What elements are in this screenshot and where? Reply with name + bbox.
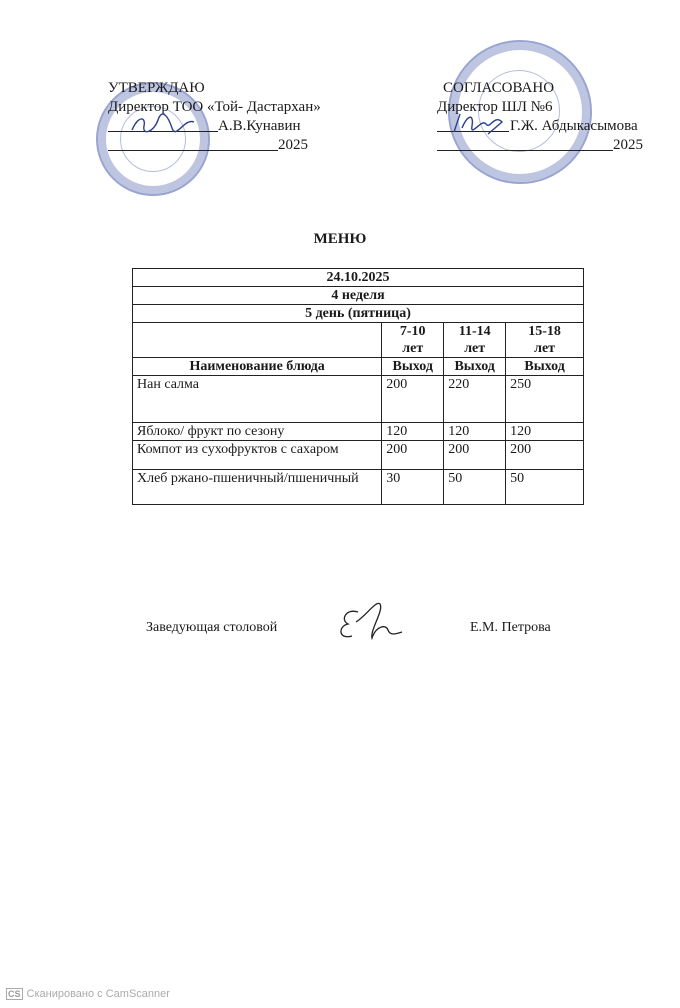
table-row: Яблоко/ фрукт по сезону 120 120 120 [133,423,584,441]
table-row: Хлеб ржано-пшеничный/пшеничный 30 50 50 [133,470,584,505]
value-cell: 200 [506,441,584,470]
page-title: МЕНЮ [0,231,680,248]
value-cell: 200 [382,441,444,470]
week-cell: 4 неделя [133,287,584,305]
signature-icon [448,110,508,136]
value-cell: 120 [444,423,506,441]
value-cell: 120 [382,423,444,441]
age-group-cell: 7-10лет [382,323,444,358]
date-cell: 24.10.2025 [133,269,584,287]
signature-icon [128,112,198,136]
value-cell: 120 [506,423,584,441]
dish-cell: Яблоко/ фрукт по сезону [133,423,382,441]
age-group-cell: 11-14лет [444,323,506,358]
age-group-cell: 15-18лет [506,323,584,358]
dish-cell: Нан салма [133,376,382,423]
approve-heading: УТВЕРЖДАЮ [108,79,205,98]
week-row: 4 неделя [133,287,584,305]
value-cell: 50 [444,470,506,505]
signature-icon [336,598,406,642]
camscanner-logo-icon: CS [6,988,23,1000]
agree-date-line [437,150,613,151]
yield-header: Выход [444,358,506,376]
dish-cell: Хлеб ржано-пшеничный/пшеничный [133,470,382,505]
dish-cell: Компот из сухофруктов с сахаром [133,441,382,470]
menu-table: 24.10.2025 4 неделя 5 день (пятница) 7-1… [132,268,584,505]
value-cell: 50 [506,470,584,505]
day-row: 5 день (пятница) [133,305,584,323]
date-row: 24.10.2025 [133,269,584,287]
age-row: 7-10лет 11-14лет 15-18лет [133,323,584,358]
agree-year: 2025 [613,136,643,155]
day-cell: 5 день (пятница) [133,305,584,323]
value-cell: 250 [506,376,584,423]
yield-header: Выход [506,358,584,376]
camscanner-text: Сканировано с CamScanner [27,988,170,1000]
approve-date-line [108,150,278,151]
footer-role: Заведующая столовой [146,620,277,636]
agree-heading: СОГЛАСОВАНО [443,79,554,98]
dish-header: Наименование блюда [133,358,382,376]
table-row: Компот из сухофруктов с сахаром 200 200 … [133,441,584,470]
age-empty-cell [133,323,382,358]
approve-name: А.В.Кунавин [218,117,301,136]
value-cell: 200 [382,376,444,423]
value-cell: 220 [444,376,506,423]
camscanner-watermark: CS Сканировано с CamScanner [6,988,170,1000]
value-cell: 30 [382,470,444,505]
header-row: Наименование блюда Выход Выход Выход [133,358,584,376]
yield-header: Выход [382,358,444,376]
table-row: Нан салма 200 220 250 [133,376,584,423]
approve-year: 2025 [278,136,308,155]
value-cell: 200 [444,441,506,470]
footer-name: Е.М. Петрова [470,620,551,636]
agree-name: Г.Ж. Абдыкасымова [510,117,638,136]
